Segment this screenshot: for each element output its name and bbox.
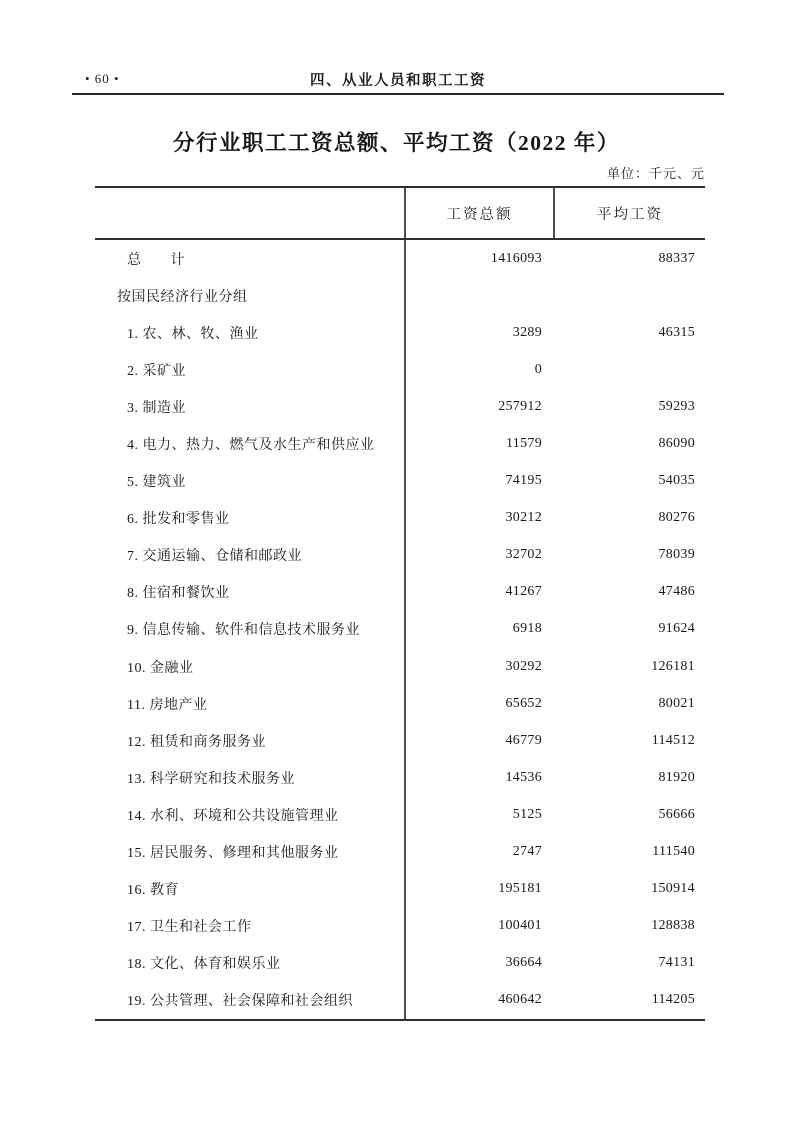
table-row: 总 计 1416093 88337: [95, 240, 705, 277]
yearbook-page: • 60 • 四、从业人员和职工工资 分行业职工工资总额、平均工资（2022 年…: [0, 0, 793, 1122]
table-row: 18. 文化、体育和娱乐业 36664 74131: [95, 945, 705, 982]
page-title: 分行业职工工资总额、平均工资（2022 年）: [0, 126, 793, 157]
cell-avg-wage: 114205: [553, 982, 705, 1019]
cell-avg-wage: 91624: [553, 611, 705, 648]
cell-wage-total: 46779: [404, 722, 553, 759]
table-row: 4. 电力、热力、燃气及水生产和供应业 11579 86090: [95, 425, 705, 462]
cell-avg-wage: 54035: [553, 463, 705, 500]
cell-wage-total: 36664: [404, 945, 553, 982]
row-label: 18. 文化、体育和娱乐业: [95, 945, 404, 982]
table-row: 16. 教育 195181 150914: [95, 871, 705, 908]
table-row: 按国民经济行业分组: [95, 277, 705, 314]
cell-avg-wage: 47486: [553, 574, 705, 611]
cell-avg-wage: 128838: [553, 908, 705, 945]
row-label: 14. 水利、环境和公共设施管理业: [95, 796, 404, 833]
cell-avg-wage: [553, 351, 705, 388]
table-body: 总 计 1416093 88337 按国民经济行业分组 1. 农、林、牧、渔业 …: [95, 240, 705, 1019]
table-row: 7. 交通运输、仓储和邮政业 32702 78039: [95, 537, 705, 574]
row-label: 17. 卫生和社会工作: [95, 908, 404, 945]
cell-wage-total: 5125: [404, 796, 553, 833]
cell-avg-wage: 56666: [553, 796, 705, 833]
row-label: 8. 住宿和餐饮业: [95, 574, 404, 611]
row-label: 12. 租赁和商务服务业: [95, 722, 404, 759]
cell-wage-total: 6918: [404, 611, 553, 648]
cell-avg-wage: 150914: [553, 871, 705, 908]
header-cell-avg-wage: 平均工资: [553, 188, 705, 238]
row-label: 4. 电力、热力、燃气及水生产和供应业: [95, 425, 404, 462]
cell-avg-wage: 80276: [553, 500, 705, 537]
cell-avg-wage: [553, 277, 705, 314]
cell-wage-total: 2747: [404, 834, 553, 871]
running-head: • 60 • 四、从业人员和职工工资: [72, 68, 724, 90]
cell-avg-wage: 86090: [553, 425, 705, 462]
table-row: 17. 卫生和社会工作 100401 128838: [95, 908, 705, 945]
cell-wage-total: 3289: [404, 314, 553, 351]
cell-wage-total: 0: [404, 351, 553, 388]
cell-avg-wage: 111540: [553, 834, 705, 871]
row-label: 按国民经济行业分组: [95, 277, 404, 314]
cell-avg-wage: 74131: [553, 945, 705, 982]
cell-avg-wage: 81920: [553, 759, 705, 796]
header-cell-wage-total: 工资总额: [404, 188, 553, 238]
cell-wage-total: [404, 277, 553, 314]
table-row: 11. 房地产业 65652 80021: [95, 685, 705, 722]
cell-wage-total: 460642: [404, 982, 553, 1019]
table-header-row: 工资总额 平均工资: [95, 188, 705, 240]
row-label: 总 计: [95, 240, 404, 277]
wage-table: 工资总额 平均工资 总 计 1416093 88337 按国民经济行业分组 1.…: [95, 186, 705, 1021]
table-row: 12. 租赁和商务服务业 46779 114512: [95, 722, 705, 759]
table-row: 1. 农、林、牧、渔业 3289 46315: [95, 314, 705, 351]
row-label: 9. 信息传输、软件和信息技术服务业: [95, 611, 404, 648]
header-rule: [72, 93, 724, 95]
row-label: 7. 交通运输、仓储和邮政业: [95, 537, 404, 574]
row-label: 11. 房地产业: [95, 685, 404, 722]
header-cell-industry: [95, 188, 404, 238]
row-label: 13. 科学研究和技术服务业: [95, 759, 404, 796]
row-label: 19. 公共管理、社会保障和社会组织: [95, 982, 404, 1019]
cell-wage-total: 65652: [404, 685, 553, 722]
chapter-header: 四、从业人员和职工工资: [72, 69, 724, 90]
cell-avg-wage: 114512: [553, 722, 705, 759]
row-label: 5. 建筑业: [95, 463, 404, 500]
row-label: 1. 农、林、牧、渔业: [95, 314, 404, 351]
row-label: 10. 金融业: [95, 648, 404, 685]
row-label: 6. 批发和零售业: [95, 500, 404, 537]
cell-wage-total: 1416093: [404, 240, 553, 277]
cell-avg-wage: 88337: [553, 240, 705, 277]
cell-avg-wage: 80021: [553, 685, 705, 722]
cell-wage-total: 195181: [404, 871, 553, 908]
table-row: 15. 居民服务、修理和其他服务业 2747 111540: [95, 834, 705, 871]
table-row: 6. 批发和零售业 30212 80276: [95, 500, 705, 537]
cell-wage-total: 30212: [404, 500, 553, 537]
row-label: 3. 制造业: [95, 388, 404, 425]
cell-wage-total: 11579: [404, 425, 553, 462]
cell-wage-total: 30292: [404, 648, 553, 685]
cell-avg-wage: 59293: [553, 388, 705, 425]
row-label: 2. 采矿业: [95, 351, 404, 388]
cell-avg-wage: 126181: [553, 648, 705, 685]
row-label: 16. 教育: [95, 871, 404, 908]
cell-wage-total: 14536: [404, 759, 553, 796]
row-label: 15. 居民服务、修理和其他服务业: [95, 834, 404, 871]
table-row: 10. 金融业 30292 126181: [95, 648, 705, 685]
table-row: 8. 住宿和餐饮业 41267 47486: [95, 574, 705, 611]
cell-wage-total: 32702: [404, 537, 553, 574]
table-row: 14. 水利、环境和公共设施管理业 5125 56666: [95, 796, 705, 833]
table-row: 13. 科学研究和技术服务业 14536 81920: [95, 759, 705, 796]
table-row: 3. 制造业 257912 59293: [95, 388, 705, 425]
table-row: 9. 信息传输、软件和信息技术服务业 6918 91624: [95, 611, 705, 648]
table-row: 2. 采矿业 0: [95, 351, 705, 388]
unit-note: 单位：千元、元: [607, 163, 705, 182]
cell-wage-total: 74195: [404, 463, 553, 500]
cell-wage-total: 257912: [404, 388, 553, 425]
table-row: 19. 公共管理、社会保障和社会组织 460642 114205: [95, 982, 705, 1019]
cell-wage-total: 100401: [404, 908, 553, 945]
cell-avg-wage: 46315: [553, 314, 705, 351]
cell-wage-total: 41267: [404, 574, 553, 611]
table-row: 5. 建筑业 74195 54035: [95, 463, 705, 500]
cell-avg-wage: 78039: [553, 537, 705, 574]
